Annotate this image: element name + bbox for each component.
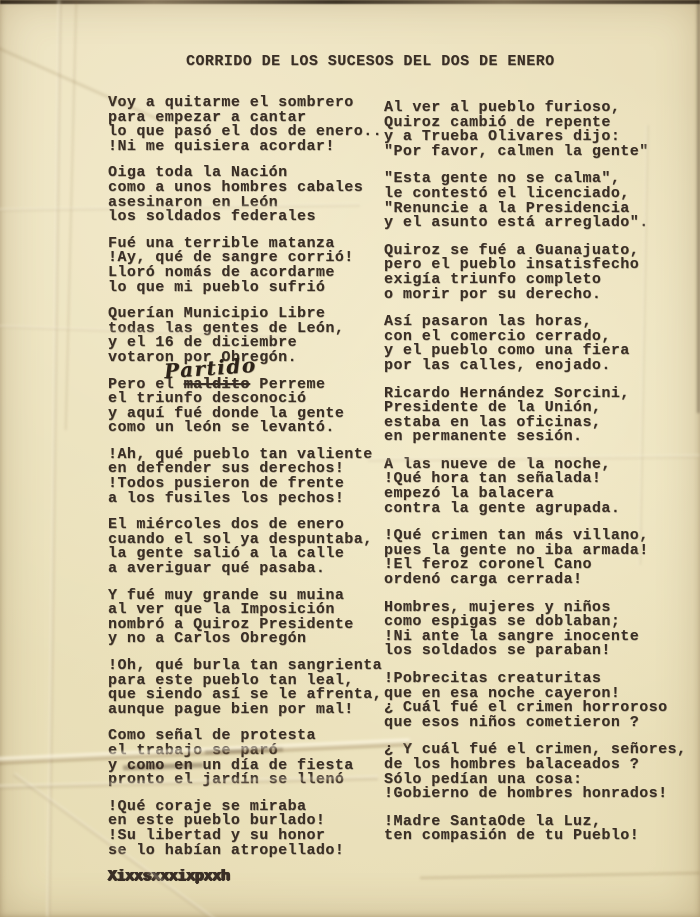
verse-line: por las calles, enojado.	[384, 359, 686, 374]
stanza: !Ah, qué pueblo tan valienteen defender …	[108, 448, 382, 506]
stanza: Así pasaron las horas,con el comercio ce…	[384, 315, 686, 373]
verse-line: !Ni me quisiera acordar!	[108, 140, 382, 155]
stanza: Hombres, mujeres y niñoscomo espigas se …	[384, 601, 686, 659]
paper-crease	[420, 872, 700, 880]
stanza: !Qué crimen tan más villano,pues la gent…	[384, 529, 686, 587]
stanza: ¿ Y cuál fué el crimen, señores,de los h…	[384, 743, 686, 801]
document-title: CORRIDO DE LOS SUCESOS DEL DOS DE ENERO	[186, 53, 555, 70]
stanza: Fué una terrible matanza!Ay, qué de sang…	[108, 237, 382, 295]
left-column: Voy a quitarme el sombreropara empezar a…	[108, 96, 382, 870]
verse-line: los soldados se paraban!	[384, 644, 686, 659]
verse-line: "Por favor, calmen la gente"	[384, 145, 686, 160]
verse-line: como un león se levantó.	[108, 421, 382, 436]
verse-line: ordenó carga cerrada!	[384, 573, 686, 588]
verse-line: que esos niños cometieron ?	[384, 716, 686, 731]
stanza: Quiroz se fué a Guanajuato,pero el puebl…	[384, 244, 686, 302]
verse-line: y no a Carlos Obregón	[108, 632, 382, 647]
stanza: !Madre SantaOde la Luz,ten compasión de …	[384, 815, 686, 844]
verse-line: pronto el jardín se llenó	[108, 773, 382, 788]
stanza: !Oh, qué burla tan sangrientapara este p…	[108, 659, 382, 717]
stanza: PartidoPero el maldito Perremeel triunfo…	[108, 378, 382, 436]
stanza: "Esta gente no se calma",le contestó el …	[384, 172, 686, 230]
stanza: !Pobrecitas creaturitasque en esa noche …	[384, 672, 686, 730]
stanza: El miércoles dos de enerocuando el sol y…	[108, 518, 382, 576]
verse-line: !Gobierno de hombres honrados!	[384, 787, 686, 802]
verse-line: aunque pague bien por mal!	[108, 703, 382, 718]
stanza: Y fué muy grande su muinaal ver que la I…	[108, 589, 382, 647]
right-column: Al ver al pueblo furioso,Quiroz cambió d…	[384, 101, 686, 857]
stanza: Al ver al pueblo furioso,Quiroz cambió d…	[384, 101, 686, 159]
stanza: Como señal de protestael trabajo se paró…	[108, 729, 382, 787]
verse-line: contra la gente agrupada.	[384, 502, 686, 517]
typed-overstrike-line: Xixxsxxxixpxxh	[108, 868, 230, 885]
paper-crease	[65, 0, 78, 430]
verse-line: ten compasión de tu Pueblo!	[384, 829, 686, 844]
verse-line: los soldados federales	[108, 210, 382, 225]
stanza: !Qué coraje se mirabaen este pueblo burl…	[108, 800, 382, 858]
verse-line: a averiguar qué pasaba.	[108, 562, 382, 577]
handwritten-correction: Partido	[164, 357, 257, 378]
paper-crease	[46, 0, 61, 917]
stanza: Voy a quitarme el sombreropara empezar a…	[108, 96, 382, 154]
paper-sheet: CORRIDO DE LOS SUCESOS DEL DOS DE ENERO …	[0, 0, 700, 917]
verse-line: o morir por su derecho.	[384, 288, 686, 303]
verse-line: en permanente sesión.	[384, 430, 686, 445]
verse-line: a los fusiles los pechos!	[108, 492, 382, 507]
stanza: Ricardo Hernández Sorcini,Presidente de …	[384, 387, 686, 445]
stanza: Oiga toda la Nacióncomo a unos hombres c…	[108, 166, 382, 224]
verse-line: y el asunto está arreglado".	[384, 216, 686, 231]
verse-line: lo que mi pueblo sufrió	[108, 281, 382, 296]
stanza: A las nueve de la noche,!Qué hora tan se…	[384, 458, 686, 516]
scan-top-edge	[0, 0, 700, 4]
verse-line: se lo habían atropellado!	[108, 844, 382, 859]
